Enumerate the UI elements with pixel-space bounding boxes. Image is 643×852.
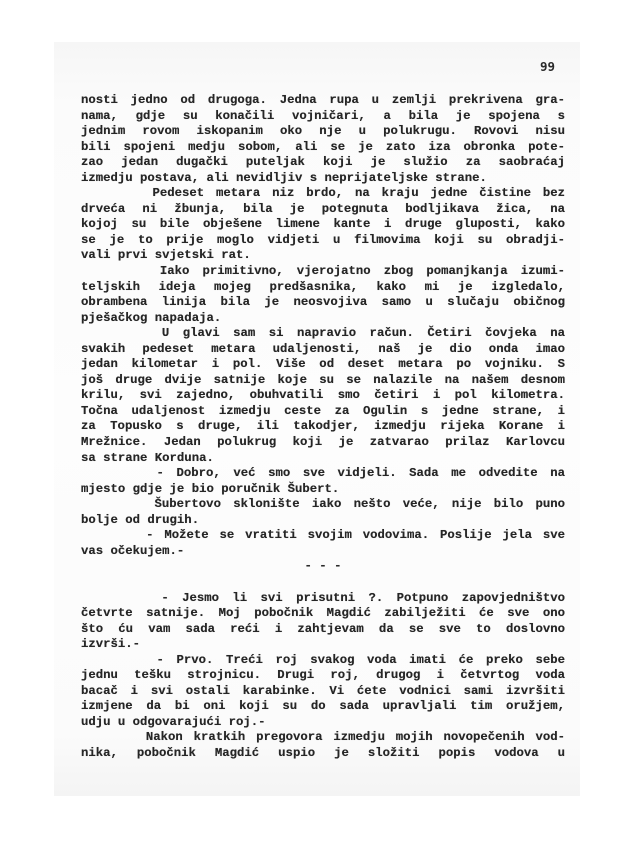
text-line: Nakon kratkih pregovora izmedju mojih no… bbox=[81, 730, 565, 746]
text-line: - Prvo. Treći roj svakog voda imati će p… bbox=[81, 653, 565, 669]
text-line: krilu, svi zajedno, obuhvatili smo četir… bbox=[81, 388, 565, 404]
text-line: teljskih ideja mojeg predšasnika, kako m… bbox=[81, 280, 565, 296]
page-number: 99 bbox=[540, 59, 555, 74]
text-line: što ću vam sada reći i zahtjevam da se s… bbox=[81, 622, 565, 638]
text-line: U glavi sam si napravio račun. Četiri čo… bbox=[81, 326, 565, 342]
text-line: bili spojeni medju sobom, ali se je zato… bbox=[81, 140, 565, 156]
text-line: kojoj su bile obješene limene kante i dr… bbox=[81, 217, 565, 233]
text-line: nama, gdje su konačili vojničari, a bila… bbox=[81, 109, 565, 125]
text-line: - Dobro, već smo sve vidjeli. Sada me od… bbox=[81, 466, 565, 482]
text-line: obrambena linija bila je neosvojiva samo… bbox=[81, 295, 565, 311]
text-line: bacač i svi ostali karabinke. Vi ćete vo… bbox=[81, 684, 565, 700]
text-line: jednu tešku strojnicu. Drugi roj, drugog… bbox=[81, 668, 565, 684]
text-line: vali prvi svjetski rat. bbox=[81, 248, 565, 264]
text-line: još druge dvije satnije koje su se nalaz… bbox=[81, 373, 565, 389]
text-line: drveća ni žbunja, bila je potegnuta bodl… bbox=[81, 202, 565, 218]
text-line: zao jedan dugački puteljak koji je služi… bbox=[81, 155, 565, 171]
text-line: - Jesmo li svi prisutni ?. Potpuno zapov… bbox=[81, 591, 565, 607]
text-line: jedan kilometar i pol. Više od deset met… bbox=[81, 357, 565, 373]
text-line: za Topusko s druge, ili takodjer, izmedj… bbox=[81, 419, 565, 435]
text-line: sa strane Korduna. bbox=[81, 451, 565, 467]
text-line: svakih pedeset metara udaljenosti, naš j… bbox=[81, 342, 565, 358]
text-line: udju u odgovarajući roj.- bbox=[81, 715, 565, 731]
text-line: vas očekujem.- bbox=[81, 544, 565, 560]
text-line: Iako primitivno, vjerojatno zbog pomanjk… bbox=[81, 264, 565, 280]
text-line: se je to prije moglo vidjeti u filmovima… bbox=[81, 233, 565, 249]
text-line: bolje od drugih. bbox=[81, 513, 565, 529]
text-line: pješačkog napadaja. bbox=[81, 311, 565, 327]
body-text: nosti jedno od drugoga. Jedna rupa u zem… bbox=[81, 93, 565, 762]
text-line: izmedju postava, ali nevidljiv s neprija… bbox=[81, 171, 565, 187]
text-line: Točna udaljenost izmedju ceste za Ogulin… bbox=[81, 404, 565, 420]
text-line: nosti jedno od drugoga. Jedna rupa u zem… bbox=[81, 93, 565, 109]
text-line bbox=[81, 575, 565, 591]
text-line: mjesto gdje je bio poručnik Šubert. bbox=[81, 482, 565, 498]
text-line: - Možete se vratiti svojim vodovima. Pos… bbox=[81, 528, 565, 544]
text-line: nika, pobočnik Magdić uspio je složiti p… bbox=[81, 746, 565, 762]
text-line: izmjene da bi oni koji su do sada upravl… bbox=[81, 699, 565, 715]
text-line: četvrte satnije. Moj pobočnik Magdić zab… bbox=[81, 606, 565, 622]
text-line: Mrežnice. Jedan polukrug koji je zatvara… bbox=[81, 435, 565, 451]
text-line: Šubertovo sklonište iako nešto veće, nij… bbox=[81, 497, 565, 513]
text-line: izvrši.- bbox=[81, 637, 565, 653]
text-line: jednim rovom iskopanim oko nje u polukru… bbox=[81, 124, 565, 140]
text-line: Pedeset metara niz brdo, na kraju jedne … bbox=[81, 186, 565, 202]
text-line: - - - bbox=[81, 559, 565, 575]
